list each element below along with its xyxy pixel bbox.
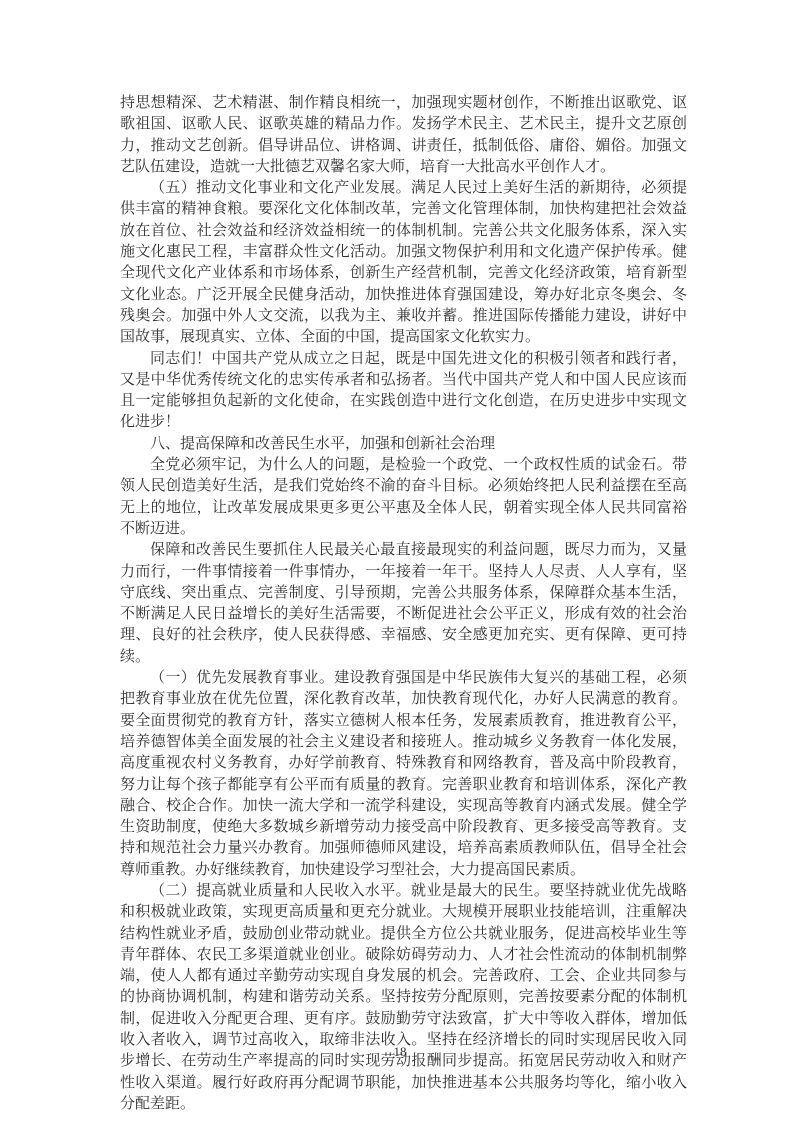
paragraph: 全党必须牢记，为什么人的问题，是检验一个政党、一个政权性质的试金石。带领人民创造… <box>120 455 687 540</box>
paragraph: 持思想精深、艺术精湛、制作精良相统一，加强现实题材创作，不断推出讴歌党、讴歌祖国… <box>120 93 687 178</box>
paragraph: 同志们！中国共产党从成立之日起，既是中国先进文化的积极引领者和践行者，又是中华优… <box>120 349 687 434</box>
paragraph: （五）推动文化事业和文化产业发展。满足人民过上美好生活的新期待，必须提供丰富的精… <box>120 178 687 348</box>
document-body: 持思想精深、艺术精湛、制作精良相统一，加强现实题材创作，不断推出讴歌党、讴歌祖国… <box>120 93 687 1115</box>
document-page: 持思想精深、艺术精湛、制作精良相统一，加强现实题材创作，不断推出讴歌党、讴歌祖国… <box>0 0 800 1133</box>
paragraph: （一）优先发展教育事业。建设教育强国是中华民族伟大复兴的基础工程，必须把教育事业… <box>120 668 687 881</box>
section-heading: 八、提高保障和改善民生水平，加强和创新社会治理 <box>120 434 687 455</box>
paragraph: （二）提高就业质量和人民收入水平。就业是最大的民生。要坚持就业优先战略和积极就业… <box>120 881 687 1115</box>
paragraph: 保障和改善民生要抓住人民最关心最直接最现实的利益问题，既尽力而为，又量力而行，一… <box>120 540 687 668</box>
page-number: 18 <box>0 1044 800 1060</box>
